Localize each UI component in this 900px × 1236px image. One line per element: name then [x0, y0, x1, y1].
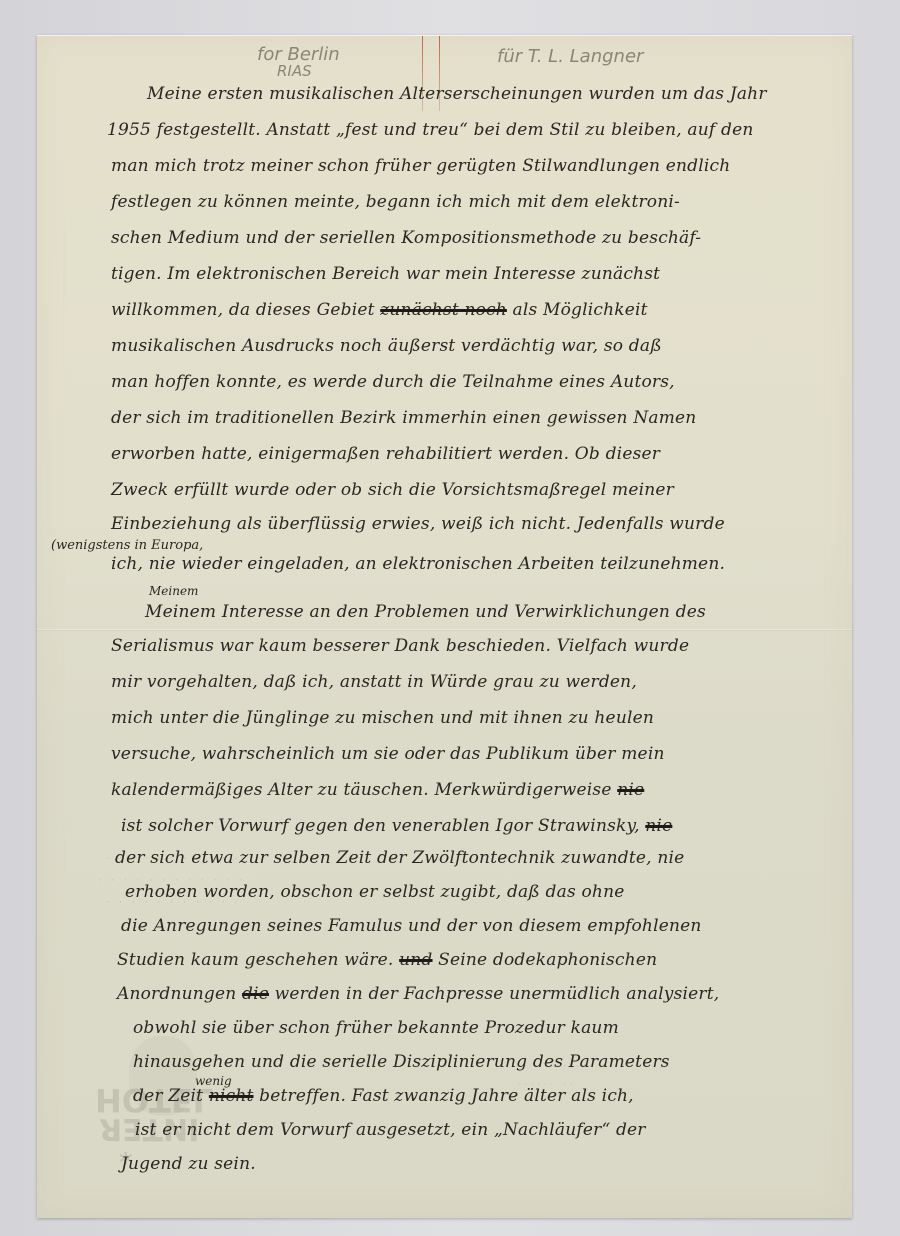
text-line: der sich im traditionellen Bezirk immerh… [111, 408, 696, 428]
text-line: mir vorgehalten, daß ich, anstatt in Wür… [111, 672, 637, 692]
text-segment: Seine dodekaphonischen [438, 950, 657, 970]
text-segment: der Zeit [133, 1086, 203, 1106]
text-segment: betreffen. Fast zwanzig Jahre älter als … [259, 1086, 634, 1106]
text-line-composite: willkommen, da dieses Gebiet zunächst no… [111, 300, 648, 320]
struck-text: nie [617, 780, 644, 800]
text-line: erhoben worden, obschon er selbst zugibt… [125, 882, 625, 902]
annotation-rias: RIAS [277, 62, 312, 80]
struck-text: nie [645, 816, 672, 836]
text-line: obwohl sie über schon früher bekannte Pr… [133, 1018, 619, 1038]
text-line: der sich etwa zur selben Zeit der Zwölft… [115, 848, 684, 868]
text-line: man hoffen konnte, es werde durch die Te… [111, 372, 675, 392]
text-line: ich, nie wieder eingeladen, an elektroni… [111, 554, 725, 574]
text-line: Meinem Interesse an den Problemen und Ve… [145, 602, 706, 622]
text-line: man mich trotz meiner schon früher gerüg… [111, 156, 730, 176]
text-line-composite: Anordnungen die werden in der Fachpresse… [117, 984, 719, 1004]
text-line: ist er nicht dem Vorwurf ausgesetzt, ein… [135, 1120, 646, 1140]
text-line-composite: Studien kaum geschehen wäre. und Seine d… [117, 950, 657, 970]
margin-insertion: (wenigstens in Europa, [51, 538, 203, 553]
text-line: erworben hatte, einigermaßen rehabilitie… [111, 444, 660, 464]
struck-text: und [399, 950, 432, 970]
struck-text: nicht [209, 1086, 254, 1106]
text-line: die Anregungen seines Famulus und der vo… [121, 916, 702, 936]
text-line: Serialismus war kaum besserer Dank besch… [111, 636, 689, 656]
struck-text: die [242, 984, 269, 1004]
text-line-composite: der Zeit nicht betreffen. Fast zwanzig J… [133, 1086, 634, 1106]
text-segment: ist solcher Vorwurf gegen den venerablen… [121, 816, 640, 836]
text-line: musikalischen Ausdrucks noch äußerst ver… [111, 336, 662, 356]
text-segment: als Möglichkeit [513, 300, 648, 320]
text-line: Meine ersten musikalischen Alterserschei… [147, 84, 767, 104]
text-segment: willkommen, da dieses Gebiet [111, 300, 375, 320]
text-line-composite: ist solcher Vorwurf gegen den venerablen… [121, 816, 672, 836]
text-line: mich unter die Jünglinge zu mischen und … [111, 708, 654, 728]
text-line: schen Medium und der seriellen Kompositi… [111, 228, 701, 248]
horizontal-fold-crease [37, 629, 852, 631]
annotation-recipient: für T. L. Langner [497, 46, 643, 67]
text-line: festlegen zu können meinte, begann ich m… [111, 192, 680, 212]
text-segment: Studien kaum geschehen wäre. [117, 950, 394, 970]
text-line: Einbeziehung als überflüssig erwies, wei… [111, 514, 725, 534]
text-segment: werden in der Fachpresse unermüdlich ana… [275, 984, 720, 1004]
text-line: tigen. Im elektronischen Bereich war mei… [111, 264, 660, 284]
manuscript-page: · · · · · · · · · · · · · · · · · · · · … [37, 35, 852, 1218]
text-segment: Anordnungen [117, 984, 236, 1004]
text-line: versuche, wahrscheinlich um sie oder das… [111, 744, 665, 764]
text-line-composite: kalendermäßiges Alter zu täuschen. Merkw… [111, 780, 644, 800]
text-line: hinausgehen und die serielle Disziplinie… [133, 1052, 670, 1072]
insertion-above: Meinem [149, 584, 198, 598]
text-line: 1955 festgestellt. Anstatt „fest und tre… [107, 120, 754, 140]
struck-text: zunächst noch [380, 300, 507, 320]
text-line: Zweck erfüllt wurde oder ob sich die Vor… [111, 480, 674, 500]
text-line: Jugend zu sein. [121, 1154, 256, 1174]
text-segment: kalendermäßiges Alter zu täuschen. Merkw… [111, 780, 612, 800]
